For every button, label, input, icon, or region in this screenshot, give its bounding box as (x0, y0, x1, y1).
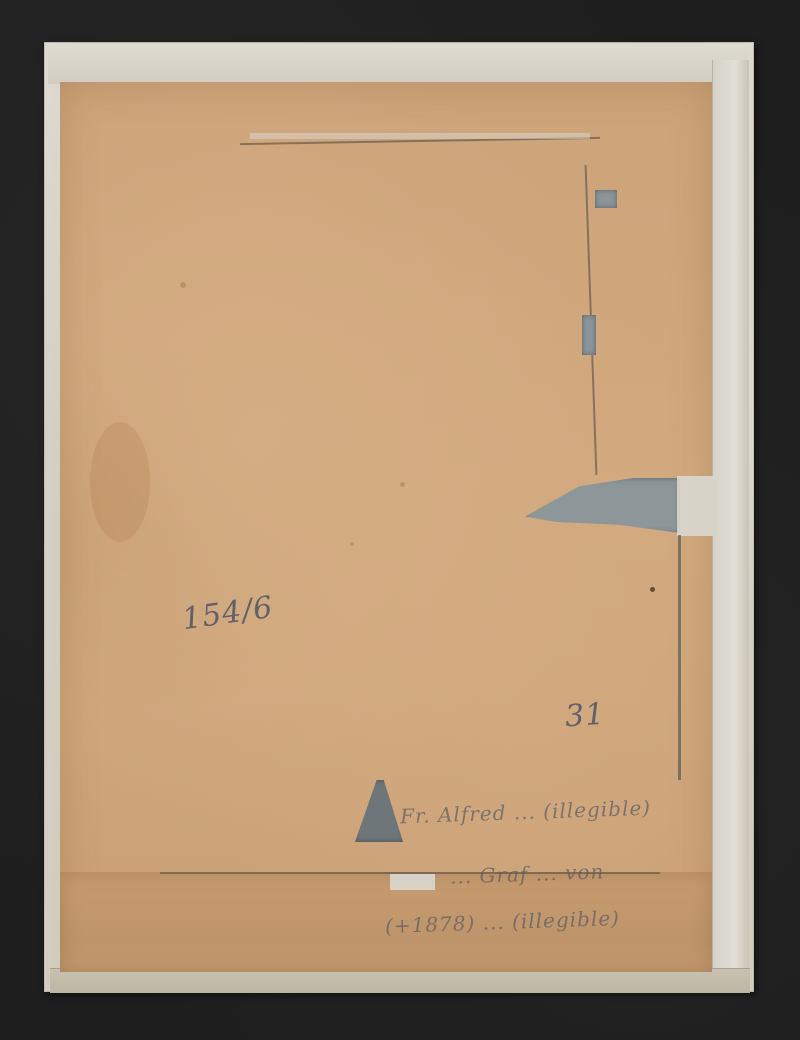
mount-top-strip (48, 44, 748, 84)
foxing-spot (400, 482, 405, 487)
exposed-layer-patch (595, 190, 617, 208)
foxing-spot (180, 282, 186, 288)
foxing-spot (650, 587, 655, 592)
torn-fragment (677, 476, 713, 536)
stain (90, 422, 150, 542)
torn-fragment (390, 874, 435, 890)
tear-edge-vertical-lower (678, 535, 681, 780)
mount-right-strip (712, 60, 749, 975)
foxing-spot (350, 542, 354, 546)
exposed-layer-patch (582, 315, 596, 355)
inscription-number-31: 31 (564, 697, 607, 735)
torn-fragment (250, 133, 590, 139)
